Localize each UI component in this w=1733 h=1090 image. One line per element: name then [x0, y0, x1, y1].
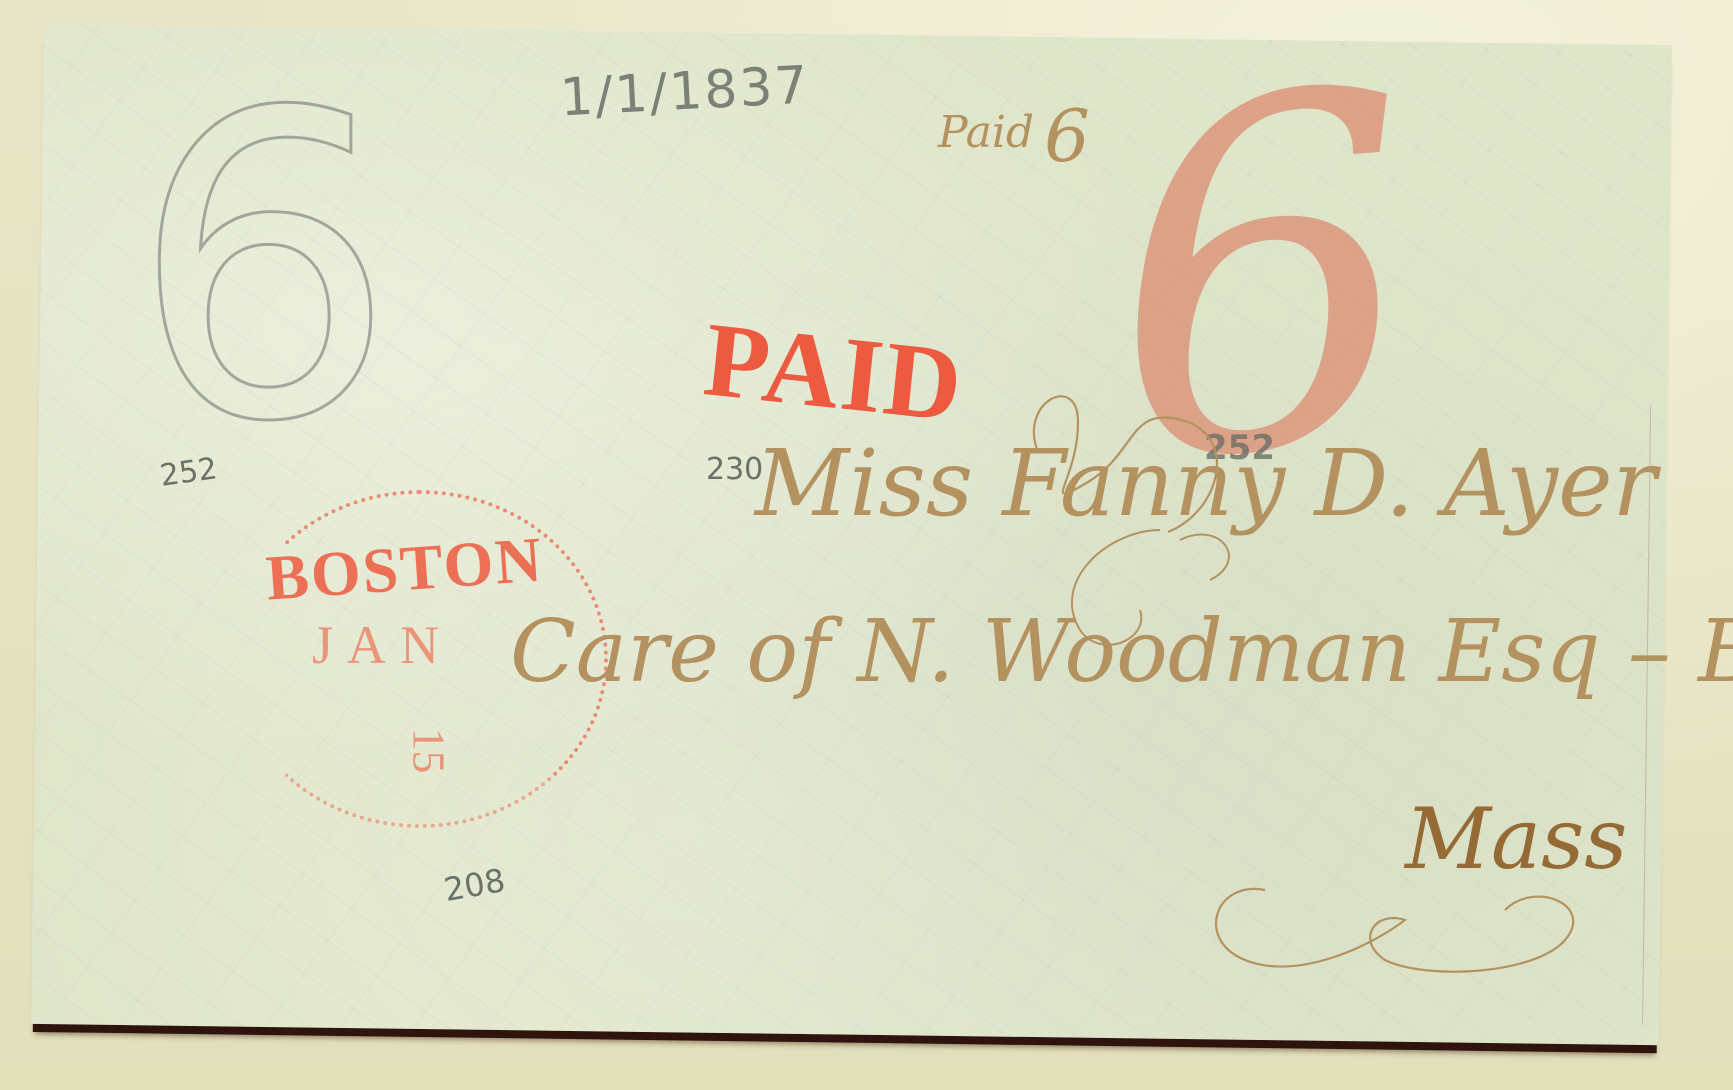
- manuscript-paid-note: Paid6: [938, 80, 1090, 164]
- flourish-icon: [1205, 880, 1615, 975]
- address-recipient: Miss Fanny D. Ayer: [755, 430, 1657, 537]
- address-care-of: Care of N. Woodman Esq – Bradford: [510, 602, 1733, 702]
- postmark-city: BOSTON: [264, 522, 546, 615]
- paid-note-rate: 6: [1044, 94, 1090, 178]
- paid-note-text: Paid: [938, 107, 1034, 158]
- postmark-day: 15: [403, 728, 456, 774]
- closing-flourish: [1205, 880, 1615, 975]
- postmark-month: JAN: [312, 614, 453, 676]
- address-state: Mass: [1405, 790, 1627, 888]
- pencil-large-numeral: 6: [130, 60, 397, 480]
